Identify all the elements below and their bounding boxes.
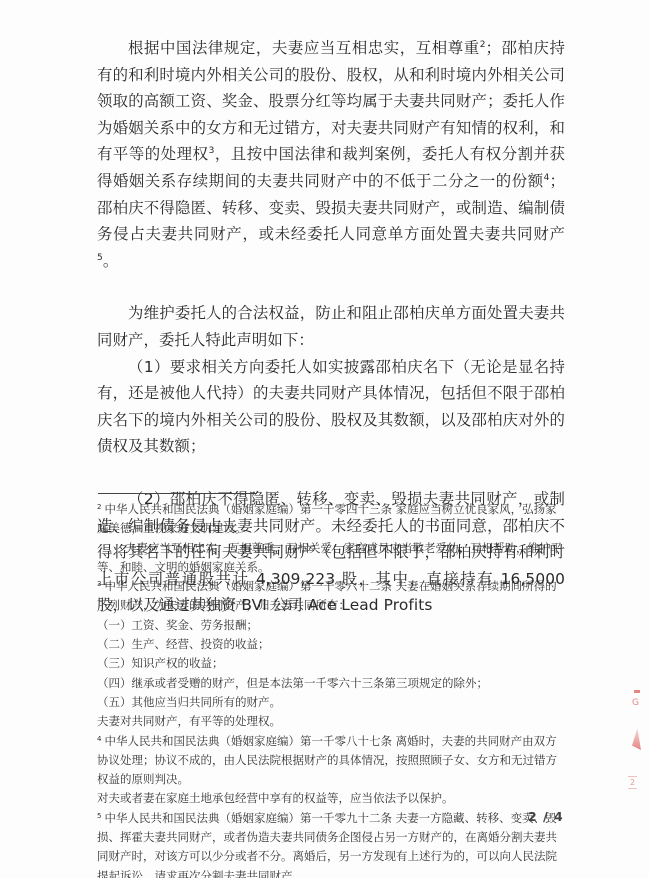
- paragraph-spacer: [97, 274, 565, 300]
- footnote-line: 3中华人民共和国民法典（婚姻家庭编）第一千零六十二条 夫妻在婚姻关系存续期间所得…: [97, 577, 567, 616]
- footnote-text: （一）工资、奖金、劳务报酬；: [97, 618, 258, 632]
- seal-fragment: [632, 728, 641, 750]
- footnote-text: （二）生产、经营、投资的收益；: [97, 637, 270, 651]
- seal-number: 2: [628, 776, 637, 789]
- footnote-text: 夫妻应当互相忠实，互相尊重，互相关爱；家庭成员应当敬老爱幼，互相帮助，维护平等、…: [97, 541, 562, 574]
- footnote-text: 中华人民共和国民法典（婚姻家庭编）第一千零九十二条 夫妻一方隐藏、转移、变卖、毁…: [97, 811, 557, 878]
- footnotes: 2中华人民共和国民法典（婚姻家庭编）第一千零四十三条 家庭应当树立优良家风，弘扬…: [97, 500, 567, 878]
- footnote-2: 2中华人民共和国民法典（婚姻家庭编）第一千零四十三条 家庭应当树立优良家风，弘扬…: [97, 500, 567, 577]
- footnote-text: （四）继承或者受赠的财产，但是本法第一千零六十三条第三项规定的除外；: [97, 676, 488, 690]
- footnote-line: （二）生产、经营、投资的收益；: [97, 635, 567, 654]
- footnote-line: （四）继承或者受赠的财产，但是本法第一千零六十三条第三项规定的除外；: [97, 674, 567, 693]
- footnote-line: 5中华人民共和国民法典（婚姻家庭编）第一千零九十二条 夫妻一方隐藏、转移、变卖、…: [97, 809, 567, 878]
- footnote-3: 3中华人民共和国民法典（婚姻家庭编）第一千零六十二条 夫妻在婚姻关系存续期间所得…: [97, 577, 567, 731]
- paragraph-declaration-intro: 为维护委托人的合法权益，防止和阻止邵柏庆单方面处置夫妻共同财产，委托人特此声明如…: [97, 300, 565, 353]
- text-run: 根据中国法律规定，夫妻应当互相忠实，互相尊重: [128, 39, 480, 57]
- footnote-text: （三）知识产权的收益；: [97, 656, 224, 670]
- paragraph-spacer: [97, 460, 565, 486]
- paragraph-item-1: （1）要求相关方向委托人如实披露邵柏庆名下（无论是显名持有，还是被他人代持）的夫…: [97, 354, 565, 460]
- document-page: 根据中国法律规定，夫妻应当互相忠实，互相尊重2；邵柏庆持有的和利时境内外相关公司…: [0, 0, 649, 878]
- footnote-text: 中华人民共和国民法典（婚姻家庭编）第一千零四十三条 家庭应当树立优良家风，弘扬家…: [97, 502, 557, 535]
- footnote-line: （三）知识产权的收益；: [97, 654, 567, 673]
- footnote-text: 中华人民共和国民法典（婚姻家庭编）第一千零八十七条 离婚时，夫妻的共同财产由双方…: [97, 734, 557, 787]
- footnote-line: 夫妻对共同财产，有平等的处理权。: [97, 712, 567, 731]
- paragraph-legal-basis: 根据中国法律规定，夫妻应当互相忠实，互相尊重2；邵柏庆持有的和利时境内外相关公司…: [97, 35, 565, 274]
- footnote-4: 4中华人民共和国民法典（婚姻家庭编）第一千零八十七条 离婚时，夫妻的共同财产由双…: [97, 732, 567, 809]
- red-seal-stamp: G 2: [628, 690, 648, 850]
- footnote-marker: 5: [97, 812, 101, 820]
- footnote-line: （一）工资、奖金、劳务报酬；: [97, 616, 567, 635]
- seal-mark: [634, 690, 640, 693]
- footnote-line: （五）其他应当归共同所有的财产。: [97, 693, 567, 712]
- footnote-marker: 3: [97, 580, 101, 588]
- page-number: 2 / 4: [528, 809, 564, 824]
- footnote-line: 对夫或者妻在家庭土地承包经营中享有的权益等，应当依法予以保护。: [97, 789, 567, 808]
- footnote-5: 5中华人民共和国民法典（婚姻家庭编）第一千零九十二条 夫妻一方隐藏、转移、变卖、…: [97, 809, 567, 878]
- footnote-line: 4中华人民共和国民法典（婚姻家庭编）第一千零八十七条 离婚时，夫妻的共同财产由双…: [97, 732, 567, 790]
- text-run: 。: [103, 252, 119, 270]
- footnote-text: 夫妻对共同财产，有平等的处理权。: [97, 714, 281, 728]
- footnote-separator: [98, 493, 257, 494]
- footnote-text: 对夫或者妻在家庭土地承包经营中享有的权益等，应当依法予以保护。: [97, 791, 454, 805]
- footnote-marker: 2: [97, 503, 101, 511]
- footnote-text: （五）其他应当归共同所有的财产。: [97, 695, 281, 709]
- footnote-marker: 4: [97, 735, 101, 743]
- text-run: 为维护委托人的合法权益，防止和阻止邵柏庆单方面处置夫妻共同财产，委托人特此声明如…: [97, 304, 565, 349]
- footnote-text: 中华人民共和国民法典（婚姻家庭编）第一千零六十二条 夫妻在婚姻关系存续期间所得的…: [97, 579, 557, 612]
- seal-glyph: G: [632, 698, 639, 708]
- footnote-line: 夫妻应当互相忠实，互相尊重，互相关爱；家庭成员应当敬老爱幼，互相帮助，维护平等、…: [97, 539, 567, 578]
- footnote-line: 2中华人民共和国民法典（婚姻家庭编）第一千零四十三条 家庭应当树立优良家风，弘扬…: [97, 500, 567, 539]
- text-run: （1）要求相关方向委托人如实披露邵柏庆名下（无论是显名持有，还是被他人代持）的夫…: [97, 358, 565, 456]
